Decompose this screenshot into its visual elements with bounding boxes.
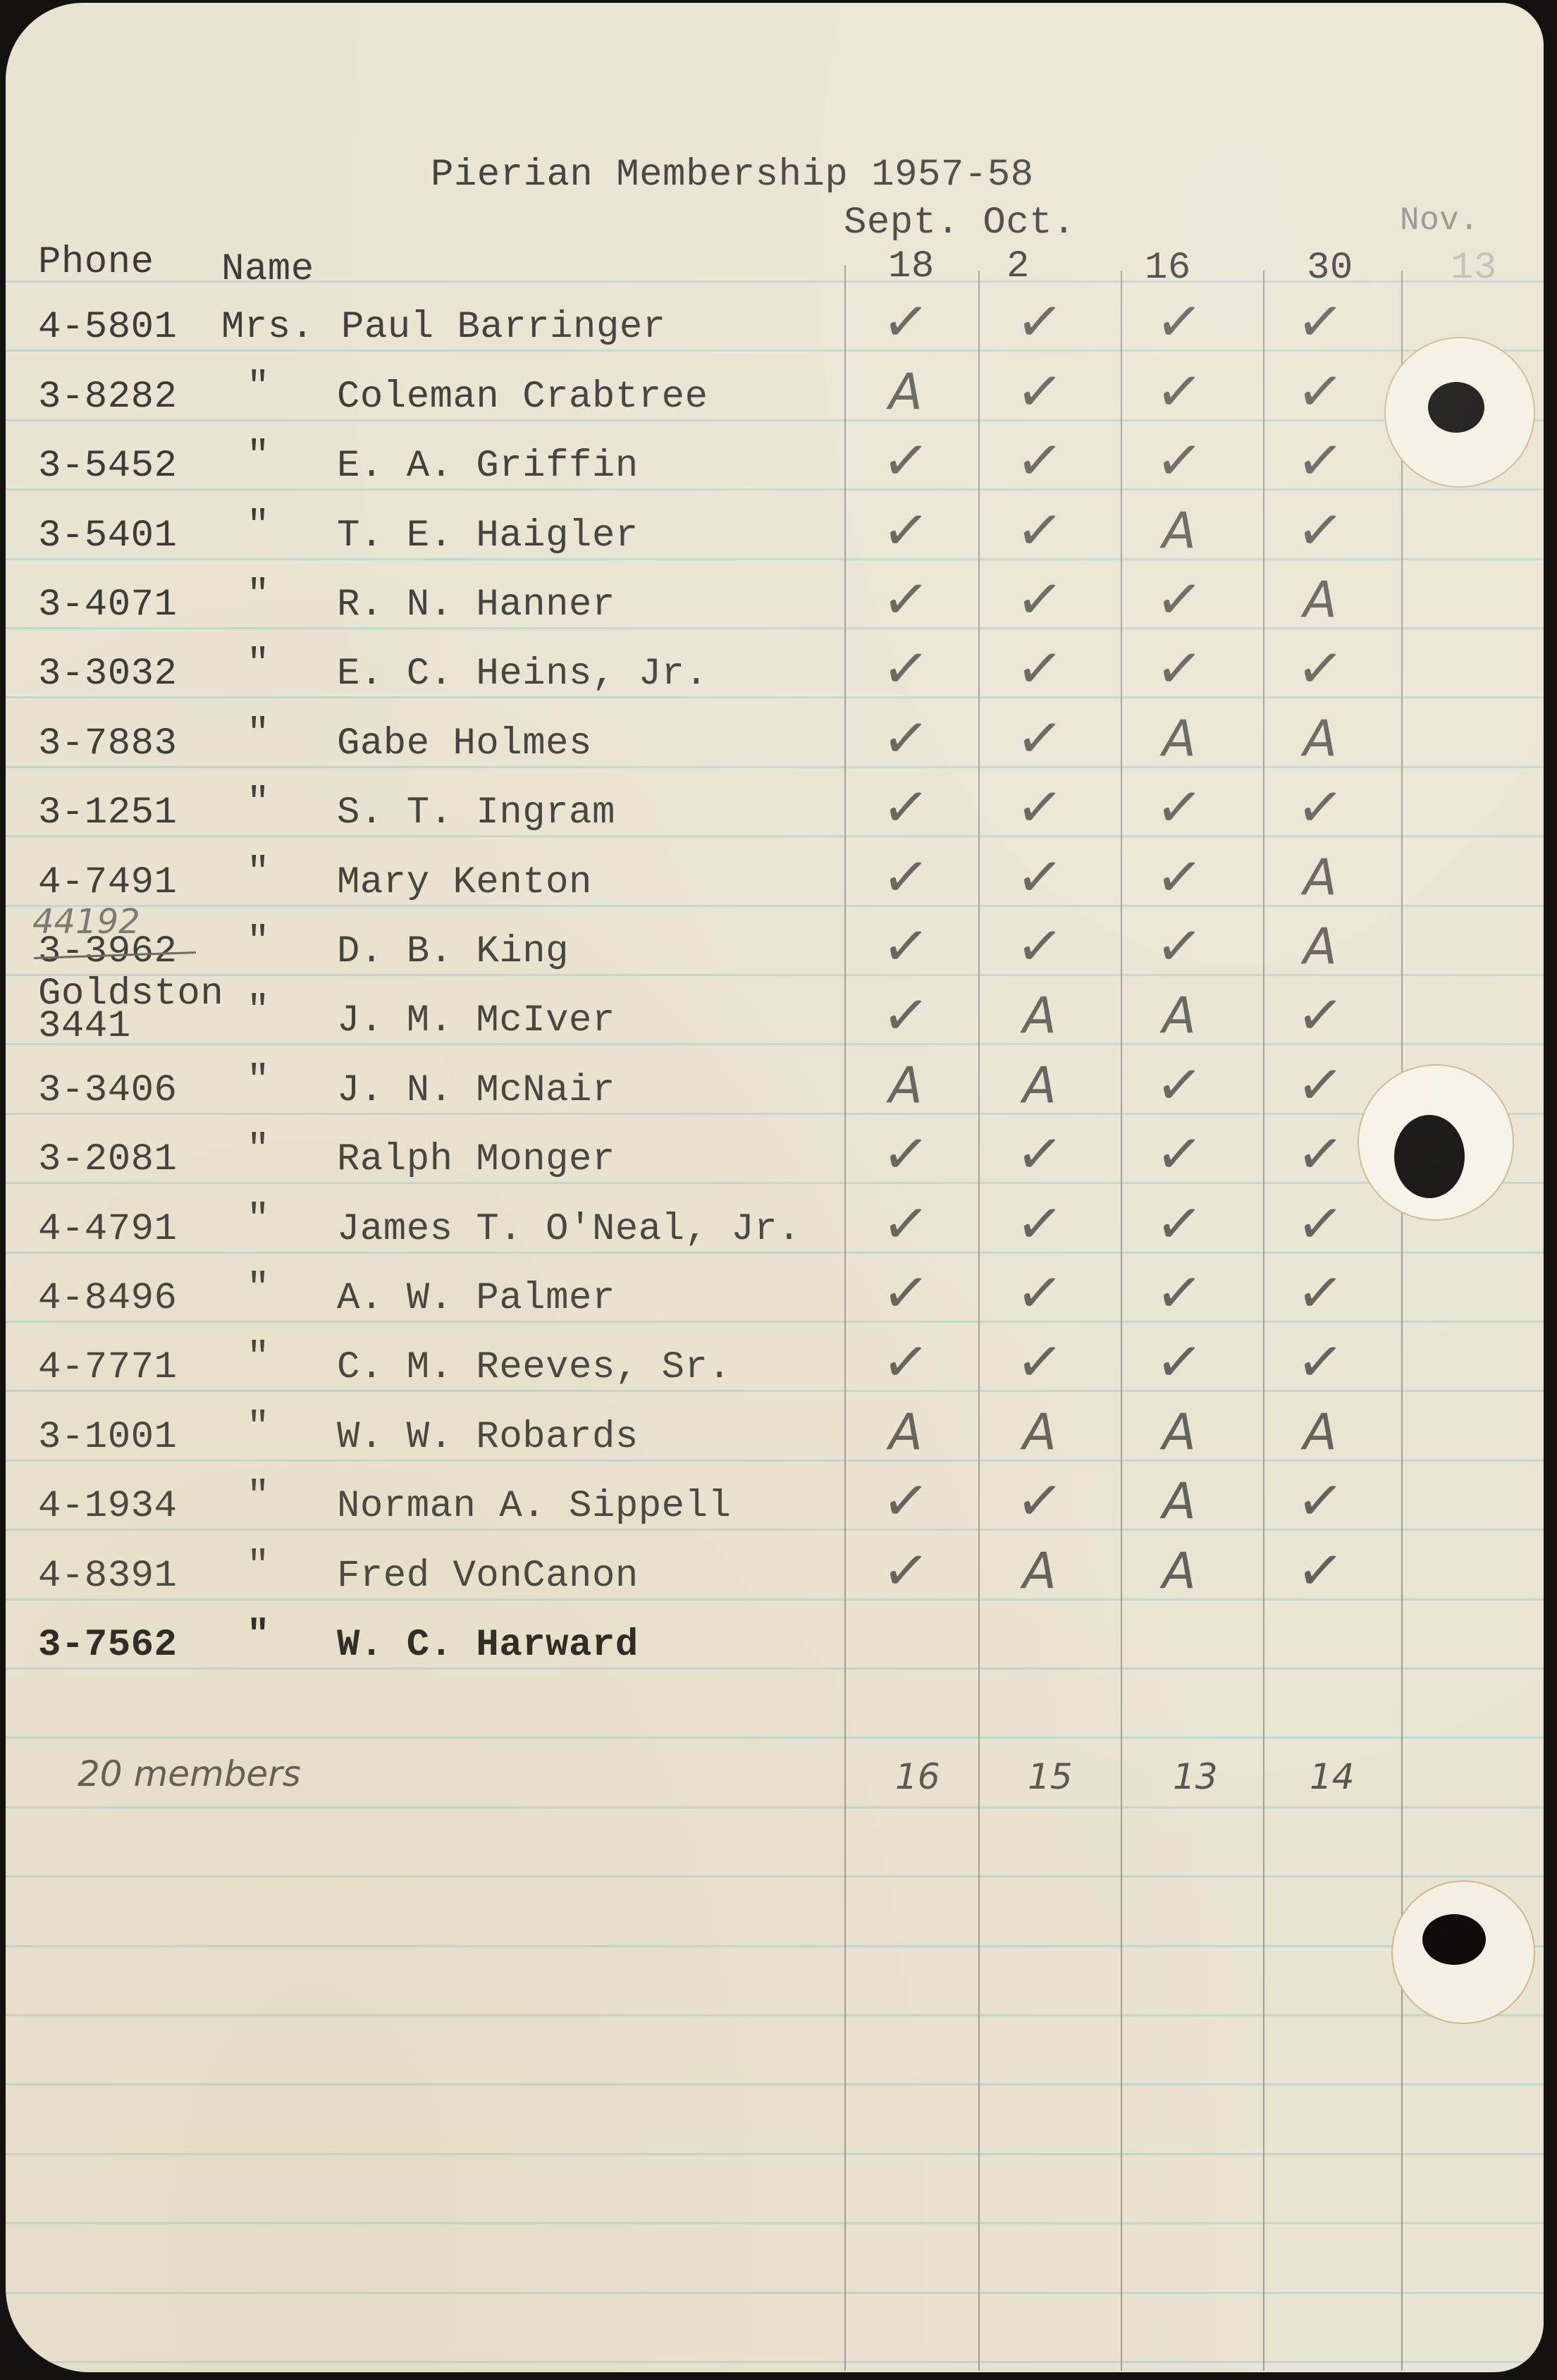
ditto-mark: ": [247, 646, 270, 684]
present-checkmark-icon: ✓: [998, 1465, 1082, 1536]
column-header-phone: Phone: [38, 244, 154, 282]
member-name: W. W. Robards: [337, 1419, 639, 1457]
present-checkmark-icon: ✓: [864, 1257, 948, 1328]
present-checkmark-icon: ✓: [864, 1118, 948, 1190]
page-title: Pierian Membership 1957-58: [431, 156, 1034, 195]
present-checkmark-icon: ✓: [1279, 1535, 1362, 1606]
present-checkmark-icon: ✓: [1279, 772, 1362, 843]
ditto-mark: ": [247, 784, 270, 822]
phone-number: 3-4071: [38, 586, 177, 624]
rule-line: [6, 2153, 1544, 2155]
present-checkmark-icon: ✓: [1279, 1188, 1362, 1259]
member-name: C. M. Reeves, Sr.: [337, 1349, 731, 1387]
phone-number: 4-4791: [38, 1211, 177, 1249]
ditto-mark: ": [247, 438, 270, 476]
phone-number: 4-8391: [38, 1558, 177, 1596]
ledger-card: Pierian Membership 1957-58 Sept. Oct. No…: [6, 3, 1544, 2372]
present-checkmark-icon: ✓: [864, 841, 948, 913]
present-checkmark-icon: ✓: [864, 425, 948, 496]
phone-number: 3-2081: [38, 1141, 177, 1179]
present-checkmark-icon: ✓: [864, 564, 948, 635]
member-name: Ralph Monger: [337, 1141, 615, 1179]
present-checkmark-icon: ✓: [1138, 1049, 1221, 1121]
present-checkmark-icon: ✓: [1138, 286, 1221, 357]
absent-mark: A: [1281, 707, 1359, 770]
absent-mark: A: [1140, 499, 1218, 562]
absent-mark: A: [1281, 915, 1359, 978]
phone-number: 3-3406: [38, 1072, 177, 1110]
present-checkmark-icon: ✓: [1279, 495, 1362, 566]
present-checkmark-icon: ✓: [998, 425, 1082, 496]
phone-number: 4-7491: [38, 864, 177, 902]
ditto-mark: ": [247, 576, 270, 615]
absent-mark: A: [1001, 1054, 1078, 1117]
rule-line: [6, 2361, 1544, 2363]
present-checkmark-icon: ✓: [864, 286, 948, 357]
total-oct-30: 14: [1310, 1759, 1355, 1794]
total-oct-2: 15: [1028, 1759, 1073, 1794]
present-checkmark-icon: ✓: [1279, 1465, 1362, 1536]
rule-line: [6, 1737, 1544, 1739]
present-checkmark-icon: ✓: [998, 703, 1082, 774]
present-checkmark-icon: ✓: [1279, 356, 1362, 427]
ditto-mark: ": [247, 1201, 270, 1239]
member-name: R. N. Hanner: [337, 586, 615, 624]
rule-line: [6, 1945, 1544, 1947]
phone-number: 3-1001: [38, 1419, 177, 1457]
present-checkmark-icon: ✓: [1138, 633, 1221, 704]
absent-mark: A: [867, 360, 944, 424]
ditto-mark: ": [247, 1339, 270, 1377]
member-name: James T. O'Neal, Jr.: [337, 1211, 801, 1249]
rule-line: [6, 2083, 1544, 2085]
absent-mark: A: [1281, 1400, 1359, 1464]
member-name: Gabe Holmes: [337, 725, 592, 763]
absent-mark: A: [867, 1054, 944, 1117]
rule-line: [6, 2292, 1544, 2294]
ditto-mark: ": [247, 369, 270, 407]
member-count: 20 members: [78, 1756, 301, 1792]
ditto-mark: ": [247, 1131, 270, 1169]
absent-mark: A: [1140, 984, 1218, 1047]
ditto-mark: ": [247, 992, 270, 1030]
present-checkmark-icon: ✓: [864, 980, 948, 1051]
member-name: E. C. Heins, Jr.: [337, 655, 708, 693]
present-checkmark-icon: ✓: [864, 911, 948, 982]
present-checkmark-icon: ✓: [864, 1188, 948, 1259]
phone-number: 4-5801: [38, 309, 177, 347]
present-checkmark-icon: ✓: [864, 703, 948, 774]
absent-mark: A: [1281, 568, 1359, 631]
present-checkmark-icon: ✓: [1138, 1188, 1221, 1259]
member-name: Fred VonCanon: [337, 1558, 639, 1596]
member-name: A. W. Palmer: [337, 1280, 615, 1318]
present-checkmark-icon: ✓: [1279, 633, 1362, 704]
ditto-mark: ": [247, 1617, 270, 1655]
member-name: J. M. McIver: [337, 1002, 615, 1040]
phone-number: 3-5452: [38, 448, 177, 486]
rule-line: [6, 2222, 1544, 2224]
column-line: [1121, 271, 1122, 2371]
member-name: Paul Barringer: [341, 309, 666, 347]
present-checkmark-icon: ✓: [998, 1188, 1082, 1259]
present-checkmark-icon: ✓: [1138, 841, 1221, 913]
present-checkmark-icon: ✓: [1279, 1257, 1362, 1328]
binder-hole-middle: [1358, 1064, 1514, 1221]
total-oct-16: 13: [1173, 1759, 1218, 1794]
column-line: [978, 271, 980, 2371]
present-checkmark-icon: ✓: [1138, 564, 1221, 635]
present-checkmark-icon: ✓: [864, 1465, 948, 1536]
member-name: D. B. King: [337, 933, 569, 971]
phone-number: 4-1934: [38, 1488, 177, 1526]
phone-number: 3-8282: [38, 378, 177, 417]
present-checkmark-icon: ✓: [864, 772, 948, 843]
absent-mark: A: [1140, 707, 1218, 770]
phone-number: 3-7883: [38, 725, 177, 763]
ditto-mark: ": [247, 507, 270, 545]
member-name: Norman A. Sippell: [337, 1488, 731, 1526]
present-checkmark-icon: ✓: [998, 772, 1082, 843]
rule-line: [6, 1875, 1544, 1878]
present-checkmark-icon: ✓: [1279, 980, 1362, 1051]
phone-number: 3-3032: [38, 655, 177, 693]
ditto-mark: ": [247, 1478, 270, 1516]
present-checkmark-icon: ✓: [864, 633, 948, 704]
total-sept-18: 16: [895, 1759, 940, 1794]
present-checkmark-icon: ✓: [998, 356, 1082, 427]
present-checkmark-icon: ✓: [1279, 425, 1362, 496]
ditto-mark: ": [247, 1270, 270, 1308]
absent-mark: A: [1001, 1539, 1078, 1603]
absent-mark: A: [1140, 1539, 1218, 1603]
rule-line: [6, 1667, 1544, 1670]
present-checkmark-icon: ✓: [1138, 1257, 1221, 1328]
title-prefix: Mrs.: [221, 309, 314, 347]
present-checkmark-icon: ✓: [864, 1535, 948, 1606]
present-checkmark-icon: ✓: [1138, 356, 1221, 427]
member-name: Mary Kenton: [337, 864, 592, 902]
present-checkmark-icon: ✓: [1138, 911, 1221, 982]
absent-mark: A: [1140, 1400, 1218, 1464]
ditto-mark: ": [247, 923, 270, 961]
phone-number: 3-1251: [38, 794, 177, 832]
month-header-sept-oct: Sept. Oct.: [844, 204, 1076, 242]
absent-mark: A: [1140, 1469, 1218, 1533]
present-checkmark-icon: ✓: [1279, 1118, 1362, 1190]
ditto-mark: ": [247, 854, 270, 892]
present-checkmark-icon: ✓: [1138, 1118, 1221, 1190]
member-name: E. A. Griffin: [337, 448, 639, 486]
present-checkmark-icon: ✓: [864, 1326, 948, 1398]
ditto-mark: ": [247, 715, 270, 753]
present-checkmark-icon: ✓: [998, 911, 1082, 982]
binder-hole-top: [1384, 337, 1535, 488]
phone-number: 3-5401: [38, 517, 177, 555]
member-name: Coleman Crabtree: [337, 378, 708, 417]
ditto-mark: ": [247, 1548, 270, 1586]
column-line: [1401, 271, 1403, 2371]
present-checkmark-icon: ✓: [998, 495, 1082, 566]
member-name: J. N. McNair: [337, 1072, 615, 1110]
ditto-mark: ": [247, 1409, 270, 1447]
present-checkmark-icon: ✓: [1279, 1326, 1362, 1398]
present-checkmark-icon: ✓: [1279, 1049, 1362, 1121]
rule-line: [6, 2014, 1544, 2016]
rule-line: [6, 280, 1544, 283]
present-checkmark-icon: ✓: [998, 1326, 1082, 1398]
phone-exchange-note: Goldston: [38, 975, 223, 1013]
binder-hole-bottom: [1391, 1880, 1535, 2024]
handwritten-phone-correction: 44192: [32, 905, 140, 939]
present-checkmark-icon: ✓: [998, 1257, 1082, 1328]
absent-mark: A: [867, 1400, 944, 1464]
ditto-mark: ": [247, 1062, 270, 1100]
absent-mark: A: [1281, 846, 1359, 909]
rule-line: [6, 1806, 1544, 1808]
member-name: W. C. Harward: [337, 1627, 639, 1665]
member-name: T. E. Haigler: [337, 517, 639, 555]
absent-mark: A: [1001, 984, 1078, 1047]
present-checkmark-icon: ✓: [1279, 286, 1362, 357]
present-checkmark-icon: ✓: [998, 1118, 1082, 1190]
phone-number: 4-8496: [38, 1280, 177, 1318]
phone-number: 4-7771: [38, 1349, 177, 1387]
absent-mark: A: [1001, 1400, 1078, 1464]
present-checkmark-icon: ✓: [998, 564, 1082, 635]
present-checkmark-icon: ✓: [998, 633, 1082, 704]
present-checkmark-icon: ✓: [1138, 425, 1221, 496]
column-line: [1263, 271, 1264, 2371]
present-checkmark-icon: ✓: [864, 495, 948, 566]
present-checkmark-icon: ✓: [998, 286, 1082, 357]
column-line: [844, 265, 846, 2371]
phone-number: 3-7562: [38, 1627, 177, 1665]
present-checkmark-icon: ✓: [1138, 1326, 1221, 1398]
present-checkmark-icon: ✓: [1138, 772, 1221, 843]
member-name: S. T. Ingram: [337, 794, 615, 832]
present-checkmark-icon: ✓: [998, 841, 1082, 913]
month-header-nov: Nov.: [1400, 204, 1479, 237]
column-header-name: Name: [221, 251, 314, 289]
